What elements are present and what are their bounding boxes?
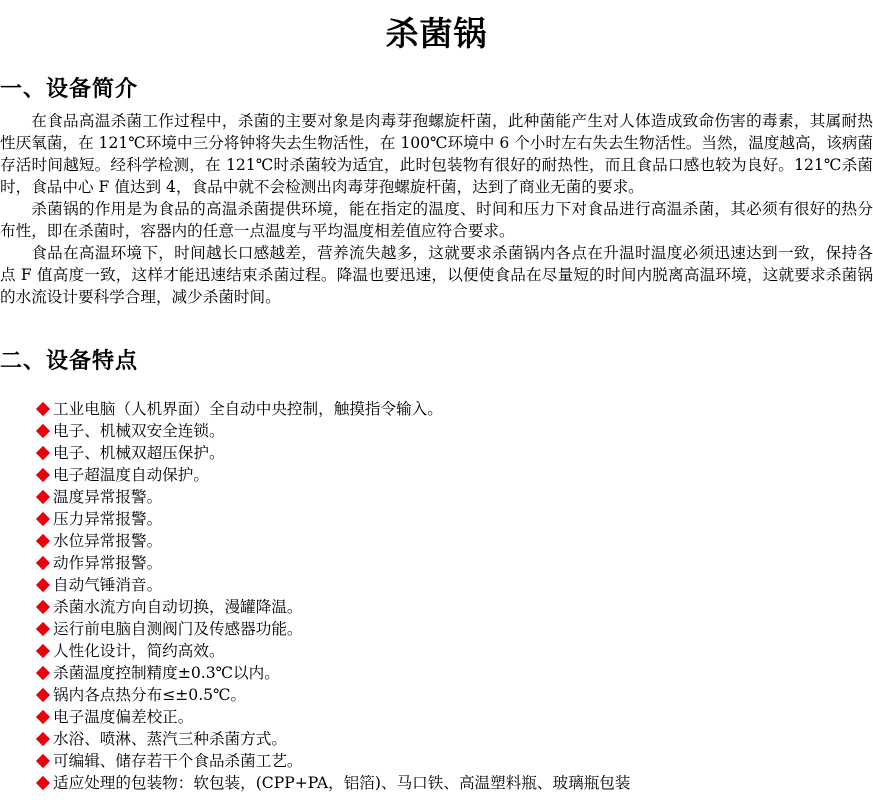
red-diamond-icon [36, 600, 50, 614]
red-diamond-icon [36, 622, 50, 636]
feature-text: 电子超温度自动保护。 [53, 464, 209, 486]
red-diamond-icon [36, 534, 50, 548]
document-title: 杀菌锅 [0, 14, 873, 54]
red-diamond-icon [36, 776, 50, 790]
feature-item: 温度异常报警。 [36, 486, 630, 508]
feature-item: 压力异常报警。 [36, 508, 630, 530]
section-heading-features: 二、设备特点 [0, 348, 138, 376]
red-diamond-icon [36, 644, 50, 658]
feature-item: 水位异常报警。 [36, 530, 630, 552]
feature-text: 电子温度偏差校正。 [53, 706, 193, 728]
feature-item: 电子温度偏差校正。 [36, 706, 630, 728]
feature-item: 水浴、喷淋、蒸汽三种杀菌方式。 [36, 728, 630, 750]
red-diamond-icon [36, 578, 50, 592]
feature-text: 杀菌水流方向自动切换，漫罐降温。 [53, 596, 303, 618]
red-diamond-icon [36, 512, 50, 526]
feature-text: 适应处理的包装物：软包装，(CPP+PA，铝箔)、马口铁、高温塑料瓶、玻璃瓶包装 [53, 772, 630, 794]
feature-item: 锅内各点热分布≤±0.5℃。 [36, 684, 630, 706]
feature-item: 适应处理的包装物：软包装，(CPP+PA，铝箔)、马口铁、高温塑料瓶、玻璃瓶包装 [36, 772, 630, 794]
feature-text: 温度异常报警。 [53, 486, 162, 508]
red-diamond-icon [36, 424, 50, 438]
feature-text: 运行前电脑自测阀门及传感器功能。 [53, 618, 303, 640]
red-diamond-icon [36, 710, 50, 724]
feature-item: 可编辑、储存若干个食品杀菌工艺。 [36, 750, 630, 772]
red-diamond-icon [36, 490, 50, 504]
feature-item: 动作异常报警。 [36, 552, 630, 574]
red-diamond-icon [36, 556, 50, 570]
section-heading-intro: 一、设备简介 [0, 76, 138, 104]
feature-text: 压力异常报警。 [53, 508, 162, 530]
intro-section-body: 在食品高温杀菌工作过程中，杀菌的主要对象是肉毒芽孢螺旋杆菌，此种菌能产生对人体造… [0, 110, 873, 308]
feature-item: 工业电脑（人机界面）全自动中央控制，触摸指令输入。 [36, 398, 630, 420]
feature-text: 杀菌温度控制精度±0.3℃以内。 [53, 662, 280, 684]
feature-text: 电子、机械双安全连锁。 [53, 420, 225, 442]
intro-paragraph: 食品在高温环境下，时间越长口感越差，营养流失越多，这就要求杀菌锅内各点在升温时温… [0, 242, 873, 308]
feature-text: 锅内各点热分布≤±0.5℃。 [53, 684, 246, 706]
feature-text: 工业电脑（人机界面）全自动中央控制，触摸指令输入。 [53, 398, 443, 420]
feature-item: 电子、机械双超压保护。 [36, 442, 630, 464]
feature-item: 运行前电脑自测阀门及传感器功能。 [36, 618, 630, 640]
feature-text: 电子、机械双超压保护。 [53, 442, 225, 464]
intro-paragraph: 在食品高温杀菌工作过程中，杀菌的主要对象是肉毒芽孢螺旋杆菌，此种菌能产生对人体造… [0, 110, 873, 198]
feature-item: 电子、机械双安全连锁。 [36, 420, 630, 442]
feature-item: 杀菌温度控制精度±0.3℃以内。 [36, 662, 630, 684]
features-list: 工业电脑（人机界面）全自动中央控制，触摸指令输入。 电子、机械双安全连锁。 电子… [36, 398, 630, 794]
red-diamond-icon [36, 666, 50, 680]
intro-paragraph: 杀菌锅的作用是为食品的高温杀菌提供环境，能在指定的温度、时间和压力下对食品进行高… [0, 198, 873, 242]
red-diamond-icon [36, 754, 50, 768]
feature-item: 人性化设计，简约高效。 [36, 640, 630, 662]
feature-text: 水浴、喷淋、蒸汽三种杀菌方式。 [53, 728, 287, 750]
feature-text: 自动气锤消音。 [53, 574, 162, 596]
red-diamond-icon [36, 688, 50, 702]
feature-item: 杀菌水流方向自动切换，漫罐降温。 [36, 596, 630, 618]
feature-text: 水位异常报警。 [53, 530, 162, 552]
feature-text: 动作异常报警。 [53, 552, 162, 574]
red-diamond-icon [36, 402, 50, 416]
feature-text: 可编辑、储存若干个食品杀菌工艺。 [53, 750, 303, 772]
feature-item: 电子超温度自动保护。 [36, 464, 630, 486]
red-diamond-icon [36, 732, 50, 746]
feature-text: 人性化设计，简约高效。 [53, 640, 225, 662]
red-diamond-icon [36, 446, 50, 460]
red-diamond-icon [36, 468, 50, 482]
feature-item: 自动气锤消音。 [36, 574, 630, 596]
